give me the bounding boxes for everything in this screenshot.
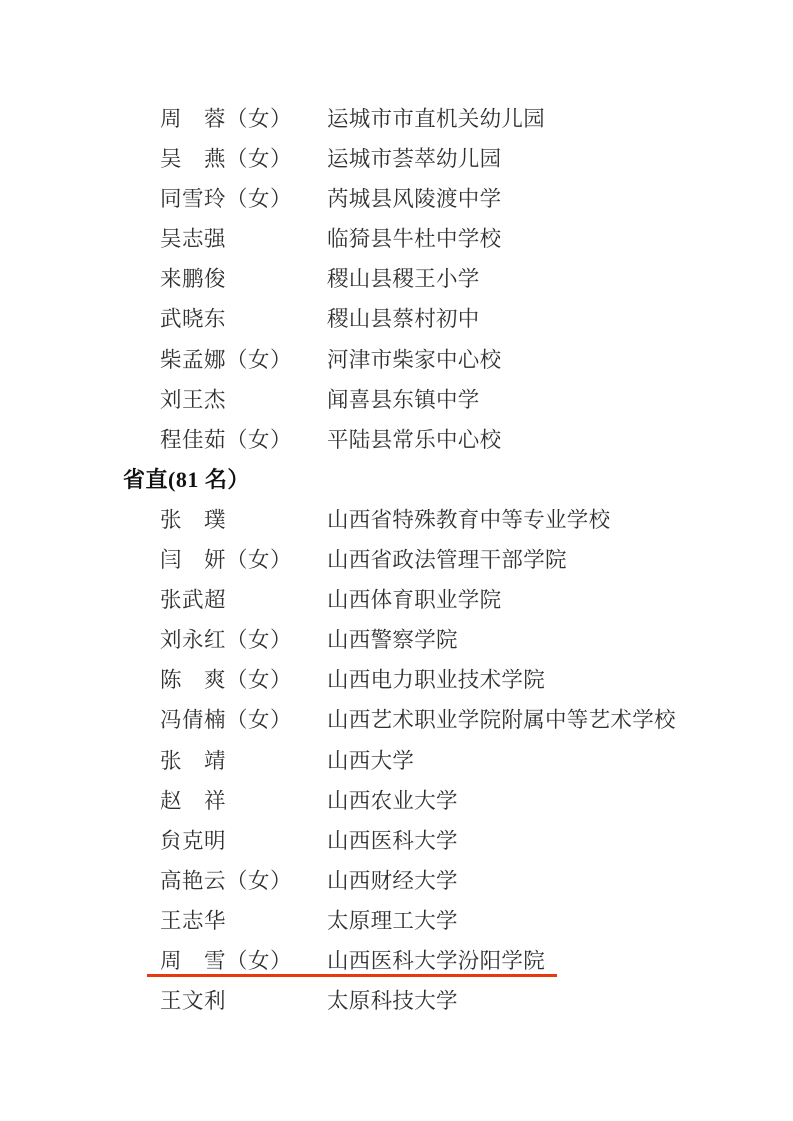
person-name: 武晓东 [160,299,226,339]
institution-name: 太原理工大学 [327,901,458,941]
institution-name: 运城市荟萃幼儿园 [327,139,501,179]
person-name: 刘王杰 [160,380,226,420]
table-row: 来鹏俊稷山县稷王小学 [0,259,793,299]
table-row: 周 蓉（女）运城市市直机关幼儿园 [0,99,793,139]
person-name: 陈 爽（女） [160,660,292,700]
table-row: 陈 爽（女）山西电力职业技术学院 [0,660,793,700]
award-list: 周 蓉（女）运城市市直机关幼儿园吴 燕（女）运城市荟萃幼儿园同雪玲（女）芮城县风… [0,99,793,1021]
person-name: 高艳云（女） [160,861,292,901]
person-name: 吴 燕（女） [160,139,292,179]
person-name: 张武超 [160,580,226,620]
person-name: 柴孟娜（女） [160,340,292,380]
person-name: 王志华 [160,901,226,941]
institution-name: 山西省特殊教育中等专业学校 [327,500,610,540]
institution-name: 山西警察学院 [327,620,458,660]
institution-name: 山西大学 [327,741,414,781]
person-name: 张 靖 [160,741,226,781]
table-row: 王文利太原科技大学 [0,981,793,1021]
institution-name: 运城市市直机关幼儿园 [327,99,545,139]
table-row: 闫 妍（女）山西省政法管理干部学院 [0,540,793,580]
table-row: 刘王杰闻喜县东镇中学 [0,380,793,420]
table-row: 冯倩楠（女）山西艺术职业学院附属中等艺术学校 [0,700,793,740]
institution-name: 山西艺术职业学院附属中等艺术学校 [327,700,676,740]
person-name: 程佳茹（女） [160,420,292,460]
table-row: 赵 祥山西农业大学 [0,781,793,821]
person-name: 刘永红（女） [160,620,292,660]
person-name: 周 蓉（女） [160,99,292,139]
person-name: 同雪玲（女） [160,179,292,219]
table-row: 高艳云（女）山西财经大学 [0,861,793,901]
table-row: 刘永红（女）山西警察学院 [0,620,793,660]
institution-name: 稷山县稷王小学 [327,259,480,299]
institution-name: 山西体育职业学院 [327,580,501,620]
institution-name: 山西医科大学 [327,821,458,861]
table-row: 张 靖山西大学 [0,741,793,781]
table-row: 柴孟娜（女）河津市柴家中心校 [0,340,793,380]
institution-name: 稷山县蔡村初中 [327,299,480,339]
table-row: 张武超山西体育职业学院 [0,580,793,620]
table-row: 张 璞山西省特殊教育中等专业学校 [0,500,793,540]
person-name: 赵 祥 [160,781,226,821]
person-name: 张 璞 [160,500,226,540]
document-page: 周 蓉（女）运城市市直机关幼儿园吴 燕（女）运城市荟萃幼儿园同雪玲（女）芮城县风… [0,0,793,1121]
institution-name: 山西电力职业技术学院 [327,660,545,700]
institution-name: 闻喜县东镇中学 [327,380,480,420]
institution-name: 芮城县风陵渡中学 [327,179,501,219]
institution-name: 山西财经大学 [327,861,458,901]
person-name: 吴志强 [160,219,226,259]
institution-name: 河津市柴家中心校 [327,340,501,380]
person-name: 王文利 [160,981,226,1021]
institution-name: 山西省政法管理干部学院 [327,540,567,580]
table-row: 吴 燕（女）运城市荟萃幼儿园 [0,139,793,179]
table-row: 周 雪（女）山西医科大学汾阳学院 [0,941,793,981]
person-name: 闫 妍（女） [160,540,292,580]
institution-name: 临猗县牛杜中学校 [327,219,501,259]
table-row: 王志华太原理工大学 [0,901,793,941]
table-row: 吴志强临猗县牛杜中学校 [0,219,793,259]
table-row: 同雪玲（女）芮城县风陵渡中学 [0,179,793,219]
table-row: 贠克明山西医科大学 [0,821,793,861]
table-row: 程佳茹（女）平陆县常乐中心校 [0,420,793,460]
table-row: 武晓东稷山县蔡村初中 [0,299,793,339]
section-heading: 省直(81 名） [0,460,793,500]
person-name: 贠克明 [160,821,226,861]
institution-name: 太原科技大学 [327,981,458,1021]
institution-name: 山西农业大学 [327,781,458,821]
person-name: 冯倩楠（女） [160,700,292,740]
red-underline [147,974,557,978]
person-name: 来鹏俊 [160,259,226,299]
institution-name: 平陆县常乐中心校 [327,420,501,460]
